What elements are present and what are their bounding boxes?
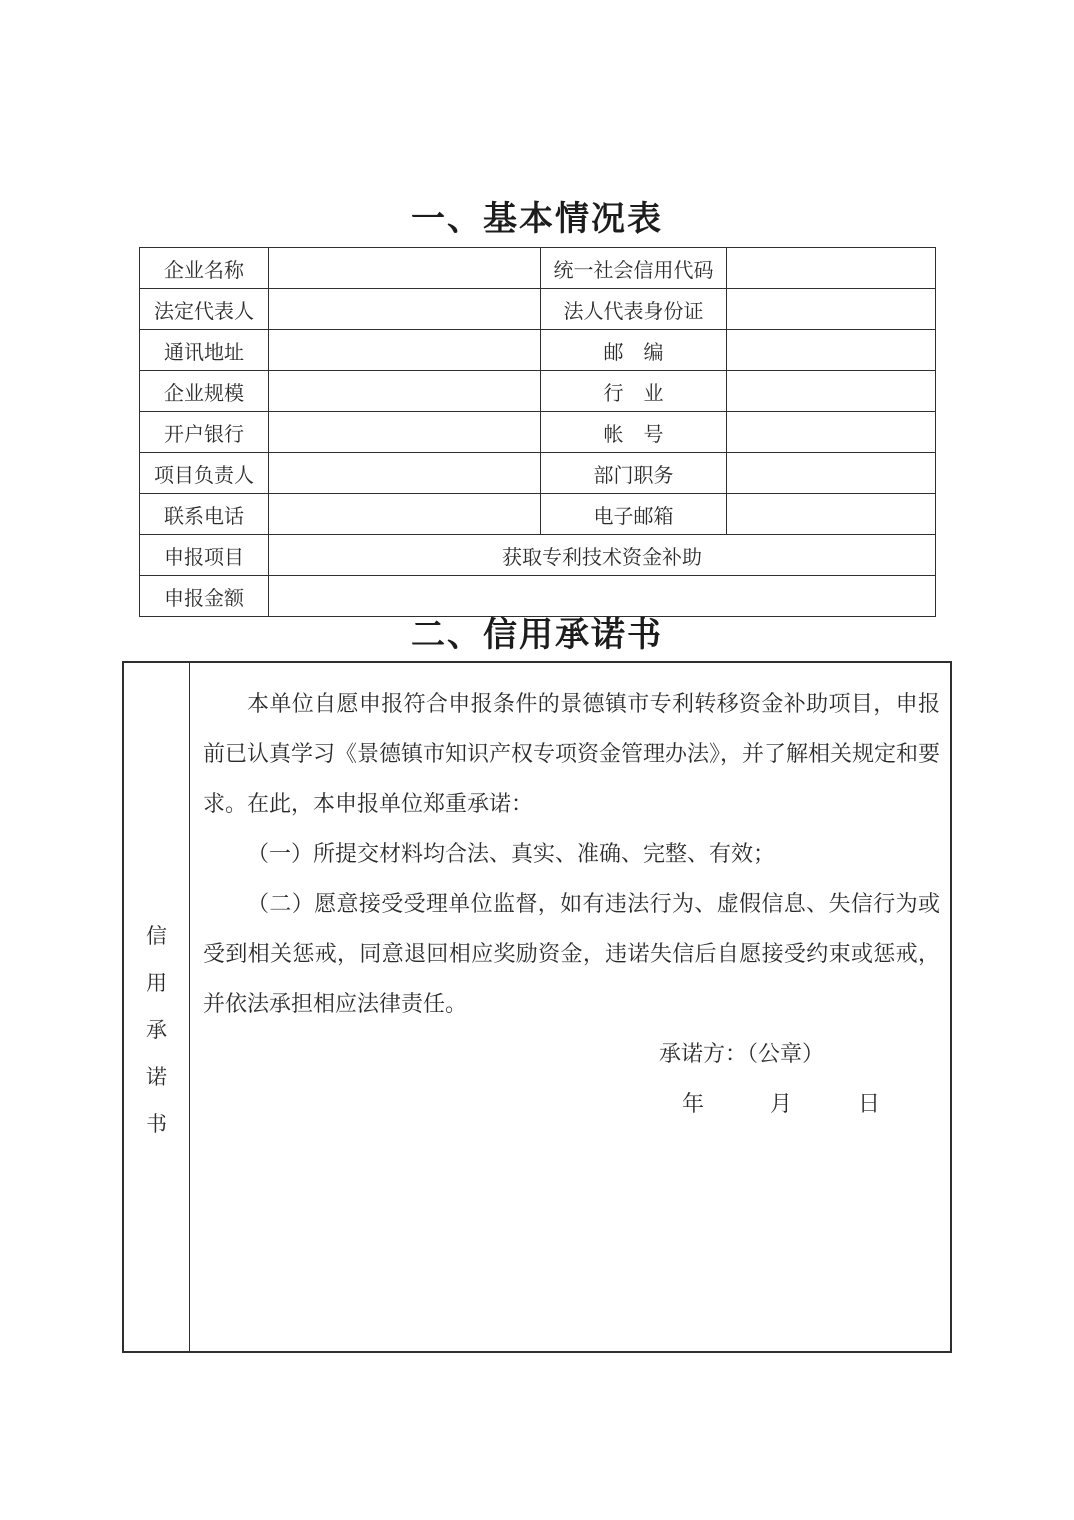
field-value: 获取专利技术资金补助 — [269, 535, 936, 576]
field-label: 申报金额 — [140, 576, 269, 617]
table-row: 开户银行 帐 号 — [140, 412, 936, 453]
field-label: 企业名称 — [140, 248, 269, 289]
field-value — [727, 289, 936, 330]
field-value — [727, 412, 936, 453]
field-label: 法人代表身份证 — [541, 289, 727, 330]
table-row: 通讯地址 邮 编 — [140, 330, 936, 371]
commitment-paragraph: 本单位自愿申报符合申报条件的景德镇市专利转移资金补助项目，申报前已认真学习《景德… — [203, 679, 940, 829]
field-label: 通讯地址 — [140, 330, 269, 371]
basic-info-table: 企业名称 统一社会信用代码 法定代表人 法人代表身份证 通讯地址 邮 编 企业规… — [139, 247, 936, 617]
field-value — [269, 248, 541, 289]
table-row: 申报金额 — [140, 576, 936, 617]
field-label: 行 业 — [541, 371, 727, 412]
field-value — [269, 412, 541, 453]
field-label: 帐 号 — [541, 412, 727, 453]
table-row: 法定代表人 法人代表身份证 — [140, 289, 936, 330]
signature-line: 承诺方：（公章） — [203, 1029, 940, 1079]
section-title-commitment: 二、信用承诺书 — [0, 615, 1074, 656]
field-value — [727, 248, 936, 289]
field-value — [269, 330, 541, 371]
commitment-paragraph: （一）所提交材料均合法、真实、准确、完整、有效； — [203, 829, 940, 879]
field-value — [269, 576, 936, 617]
section-title-basic-info: 一、基本情况表 — [0, 199, 1074, 240]
date-line: 年 月 日 — [203, 1079, 940, 1129]
field-value — [727, 494, 936, 535]
field-label: 邮 编 — [541, 330, 727, 371]
field-value — [727, 371, 936, 412]
field-value — [269, 453, 541, 494]
field-label: 统一社会信用代码 — [541, 248, 727, 289]
field-label: 部门职务 — [541, 453, 727, 494]
field-value — [269, 289, 541, 330]
field-label: 申报项目 — [140, 535, 269, 576]
commitment-body: 本单位自愿申报符合申报条件的景德镇市专利转移资金补助项目，申报前已认真学习《景德… — [190, 663, 950, 1351]
table-row: 企业名称 统一社会信用代码 — [140, 248, 936, 289]
table-row: 申报项目 获取专利技术资金补助 — [140, 535, 936, 576]
field-label: 企业规模 — [140, 371, 269, 412]
field-label: 电子邮箱 — [541, 494, 727, 535]
commitment-side-label: 信 用 承 诺 书 — [146, 867, 167, 1148]
table-row: 项目负责人 部门职务 — [140, 453, 936, 494]
field-value — [269, 371, 541, 412]
field-label: 联系电话 — [140, 494, 269, 535]
field-label: 法定代表人 — [140, 289, 269, 330]
field-label: 开户银行 — [140, 412, 269, 453]
document-page: 一、基本情况表 企业名称 统一社会信用代码 法定代表人 法人代表身份证 通讯地址… — [0, 0, 1074, 1520]
commitment-paragraph: （二）愿意接受受理单位监督，如有违法行为、虚假信息、失信行为或受到相关惩戒，同意… — [203, 879, 940, 1029]
commitment-side-column: 信 用 承 诺 书 — [124, 663, 190, 1351]
field-value — [727, 330, 936, 371]
field-value — [727, 453, 936, 494]
field-label: 项目负责人 — [140, 453, 269, 494]
table-row: 企业规模 行 业 — [140, 371, 936, 412]
table-row: 联系电话 电子邮箱 — [140, 494, 936, 535]
commitment-section: 信 用 承 诺 书 本单位自愿申报符合申报条件的景德镇市专利转移资金补助项目，申… — [122, 661, 952, 1353]
field-value — [269, 494, 541, 535]
